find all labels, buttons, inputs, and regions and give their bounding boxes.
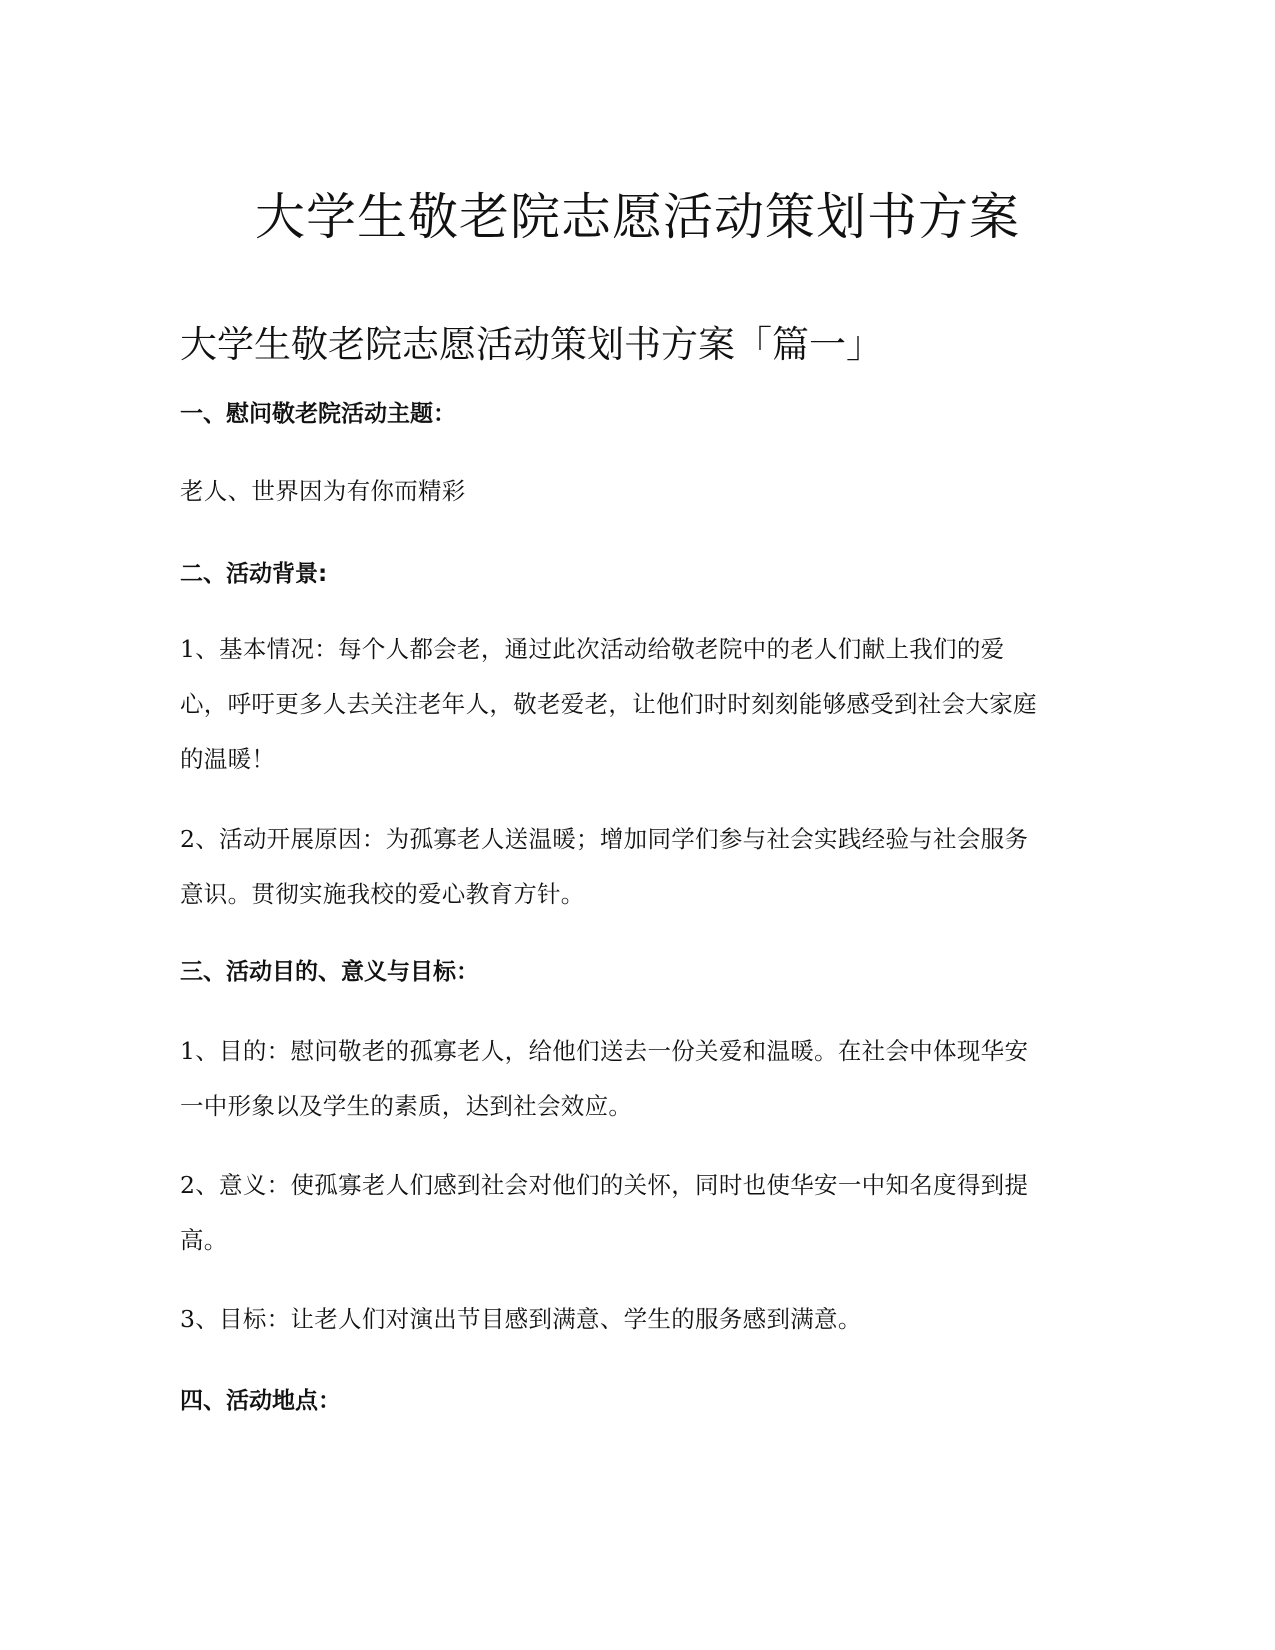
- section-title: 大学生敬老院志愿活动策划书方案「篇一」: [180, 319, 883, 371]
- heading-theme: 一、慰问敬老院活动主题：: [180, 398, 1040, 430]
- paragraph-reason: 2、活动开展原因：为孤寡老人送温暖；增加同学们参与社会实践经验与社会服务意识。贯…: [180, 812, 1040, 922]
- paragraph-basic-situation: 1、基本情况：每个人都会老，通过此次活动给敬老院中的老人们献上我们的爱心，呼吁更…: [180, 622, 1040, 787]
- heading-purpose: 三、活动目的、意义与目标：: [180, 956, 1040, 988]
- paragraph-theme: 老人、世界因为有你而精彩: [180, 464, 1040, 519]
- document-page: 大学生敬老院志愿活动策划书方案 大学生敬老院志愿活动策划书方案「篇一」 一、慰问…: [0, 0, 1275, 1650]
- paragraph-significance: 2、意义：使孤寡老人们感到社会对他们的关怀，同时也使华安一中知名度得到提高。: [180, 1158, 1040, 1268]
- paragraph-goal: 3、目标：让老人们对演出节目感到满意、学生的服务感到满意。: [180, 1292, 1040, 1347]
- heading-location: 四、活动地点：: [180, 1385, 1040, 1417]
- document-title: 大学生敬老院志愿活动策划书方案: [0, 182, 1275, 252]
- paragraph-purpose: 1、目的：慰问敬老的孤寡老人，给他们送去一份关爱和温暖。在社会中体现华安一中形象…: [180, 1024, 1040, 1134]
- heading-background: 二、活动背景:: [180, 558, 1040, 590]
